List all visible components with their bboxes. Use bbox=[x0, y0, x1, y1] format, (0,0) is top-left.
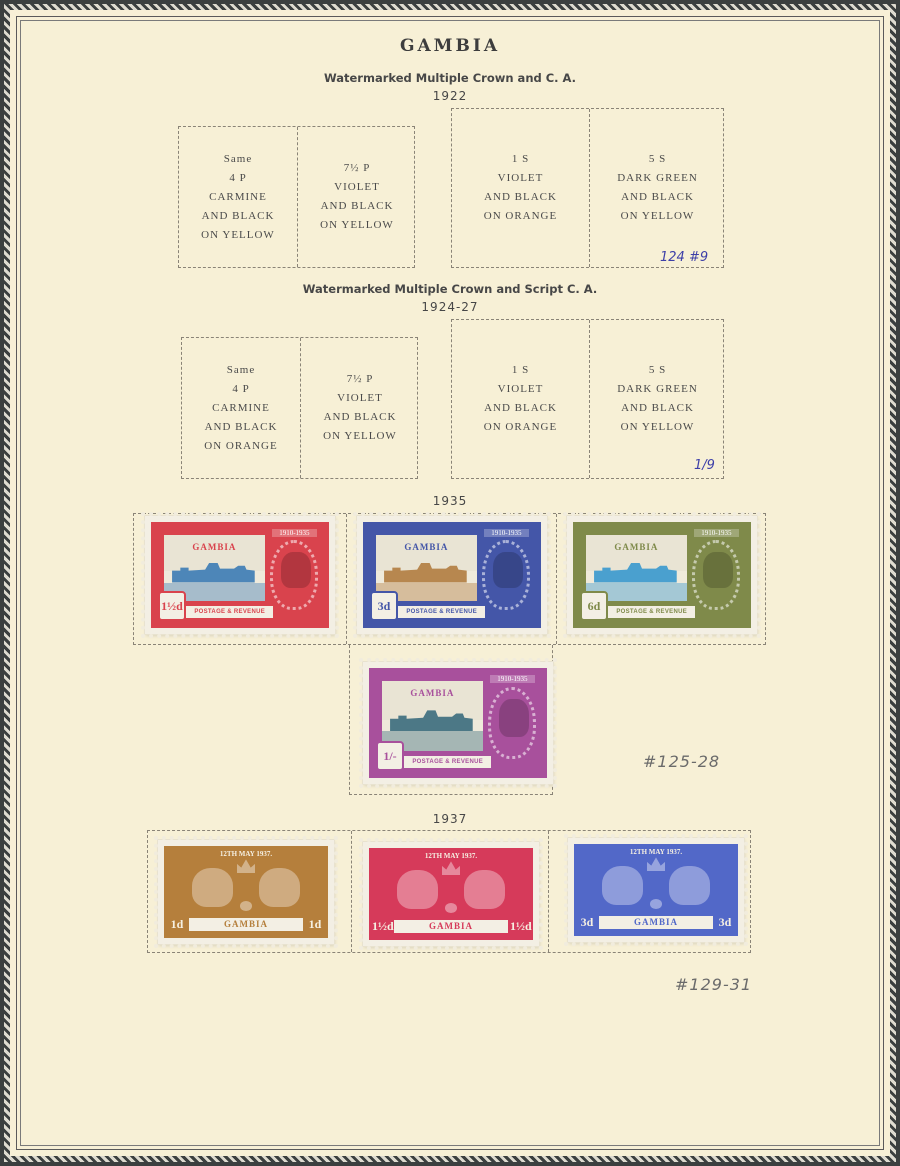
jubilee-dates: 1910-1935 bbox=[490, 675, 535, 683]
king-portrait bbox=[464, 870, 505, 910]
country-name: GAMBIA bbox=[382, 688, 483, 698]
section-heading-1924: Watermarked Multiple Crown and Script C.… bbox=[0, 282, 900, 296]
stamp-description-line: VIOLET bbox=[337, 389, 383, 408]
stamp-description-line: AND BLACK bbox=[324, 408, 397, 427]
stamp-description-line: 7½ P bbox=[344, 159, 371, 178]
country-name: GAMBIA bbox=[586, 542, 687, 552]
coronation-date: 12TH MAY 1937. bbox=[372, 852, 530, 860]
crown-icon bbox=[647, 857, 666, 871]
stamp-description-line: 4 P bbox=[229, 169, 246, 188]
handwritten-catalog-note: #125-28 bbox=[643, 752, 720, 771]
section-year-1935: 1935 bbox=[0, 494, 900, 508]
face-value: 1d bbox=[167, 917, 187, 932]
jubilee-dates: 1910-1935 bbox=[484, 529, 529, 537]
king-portrait: 1910-1935 bbox=[265, 527, 324, 623]
king-portrait: 1910-1935 bbox=[477, 527, 536, 623]
stamp-description-line: ON ORANGE bbox=[484, 418, 557, 437]
country-name: GAMBIA bbox=[394, 920, 508, 933]
stamp-space-box-1924-left: Same4 PCARMINEAND BLACKON ORANGE 7½ PVIO… bbox=[181, 337, 418, 479]
coronation-date: 12TH MAY 1937. bbox=[167, 850, 325, 858]
stamp-description-line: CARMINE bbox=[209, 188, 267, 207]
face-value: 6d bbox=[580, 591, 608, 621]
stamp-description-line: DARK GREEN bbox=[617, 380, 698, 399]
crown-icon bbox=[237, 859, 256, 873]
stamp-description-line: AND BLACK bbox=[484, 188, 557, 207]
stamp-description-line: 4 P bbox=[232, 380, 249, 399]
stamp-description-line: AND BLACK bbox=[321, 197, 394, 216]
stamp-description-line: VIOLET bbox=[334, 178, 380, 197]
stamp-description-line: Same bbox=[227, 361, 255, 380]
handwritten-catalog-note: 1/9 bbox=[694, 458, 715, 473]
queen-portrait bbox=[192, 868, 233, 908]
king-portrait: 1910-1935 bbox=[687, 527, 746, 623]
country-name: GAMBIA bbox=[189, 918, 303, 931]
stamp-description-line: 7½ P bbox=[347, 370, 374, 389]
stamp-jubilee[interactable]: GAMBIA 1910-1935 1½d POSTAGE & REVENUE bbox=[145, 516, 335, 634]
orb-icon bbox=[650, 899, 663, 909]
stamp-coronation[interactable]: 12TH MAY 1937. GAMBIA 3d 3d bbox=[568, 838, 744, 942]
face-value: 1½d bbox=[158, 591, 186, 621]
orb-icon bbox=[240, 901, 253, 911]
coronation-date: 12TH MAY 1937. bbox=[577, 848, 735, 856]
stamp-description-line: ON YELLOW bbox=[323, 427, 397, 446]
stamp-description-line: CARMINE bbox=[212, 399, 270, 418]
stamp-description-line: AND BLACK bbox=[205, 418, 278, 437]
stamp-space-box-1922-left: Same4 PCARMINEAND BLACKON YELLOW 7½ PVIO… bbox=[178, 126, 415, 268]
postage-revenue-label: POSTAGE & REVENUE bbox=[608, 606, 695, 618]
crown-icon bbox=[442, 861, 461, 875]
postage-revenue-label: POSTAGE & REVENUE bbox=[186, 606, 273, 618]
stamp-description-line: AND BLACK bbox=[202, 207, 275, 226]
section-heading-1922: Watermarked Multiple Crown and C. A. bbox=[0, 71, 900, 85]
stamp-description-line: Same bbox=[224, 150, 252, 169]
country-name: GAMBIA bbox=[164, 542, 265, 552]
section-year-1937: 1937 bbox=[0, 812, 900, 826]
stamp-description-line: ON YELLOW bbox=[621, 418, 695, 437]
stamp-space-4p: Same4 PCARMINEAND BLACKON ORANGE bbox=[182, 338, 300, 478]
stamp-space-5s: 5 SDARK GREENAND BLACKON YELLOW bbox=[589, 320, 725, 478]
king-portrait bbox=[669, 866, 710, 906]
queen-portrait bbox=[602, 866, 643, 906]
stamp-coronation[interactable]: 12TH MAY 1937. GAMBIA 1½d 1½d bbox=[363, 842, 539, 946]
stamp-jubilee[interactable]: GAMBIA 1910-1935 3d POSTAGE & REVENUE bbox=[357, 516, 547, 634]
stamp-description-line: ON ORANGE bbox=[204, 437, 277, 456]
stamp-description-line: VIOLET bbox=[498, 169, 544, 188]
stamp-space-4p: Same4 PCARMINEAND BLACKON YELLOW bbox=[179, 127, 297, 267]
face-value: 1d bbox=[305, 917, 325, 932]
face-value: 3d bbox=[715, 915, 735, 930]
section-year-1922: 1922 bbox=[0, 89, 900, 103]
page-title: GAMBIA bbox=[0, 36, 900, 56]
country-name: GAMBIA bbox=[376, 542, 477, 552]
stamp-space-1s: 1 SVIOLETAND BLACKON ORANGE bbox=[452, 320, 589, 478]
stamp-description-line: 5 S bbox=[649, 150, 666, 169]
stamp-description-line: AND BLACK bbox=[621, 399, 694, 418]
queen-portrait bbox=[397, 870, 438, 910]
stamp-description-line: ON YELLOW bbox=[201, 226, 275, 245]
postage-revenue-label: POSTAGE & REVENUE bbox=[398, 606, 485, 618]
handwritten-catalog-note: #129-31 bbox=[675, 975, 752, 994]
stamp-space-5s: 5 SDARK GREENAND BLACKON YELLOW bbox=[589, 109, 725, 267]
stamp-space-1s: 1 SVIOLETAND BLACKON ORANGE bbox=[452, 109, 589, 267]
king-portrait: 1910-1935 bbox=[483, 673, 542, 773]
jubilee-dates: 1910-1935 bbox=[694, 529, 739, 537]
stamp-jubilee[interactable]: GAMBIA 1910-1935 6d POSTAGE & REVENUE bbox=[567, 516, 757, 634]
face-value: 1/- bbox=[376, 741, 404, 771]
stamp-description-line: 1 S bbox=[512, 150, 529, 169]
stamp-space-7-5p: 7½ PVIOLETAND BLACKON YELLOW bbox=[300, 338, 419, 478]
face-value: 3d bbox=[370, 591, 398, 621]
stamp-description-line: 1 S bbox=[512, 361, 529, 380]
jubilee-dates: 1910-1935 bbox=[272, 529, 317, 537]
stamp-description-line: VIOLET bbox=[498, 380, 544, 399]
stamp-description-line: AND BLACK bbox=[484, 399, 557, 418]
stamp-jubilee[interactable]: GAMBIA 1910-1935 1/- POSTAGE & REVENUE bbox=[363, 662, 553, 784]
stamp-coronation[interactable]: 12TH MAY 1937. GAMBIA 1d 1d bbox=[158, 840, 334, 944]
stamp-description-line: 5 S bbox=[649, 361, 666, 380]
stamp-space-box-1922-right: 1 SVIOLETAND BLACKON ORANGE 5 SDARK GREE… bbox=[451, 108, 724, 268]
stamp-description-line: ON YELLOW bbox=[621, 207, 695, 226]
postage-revenue-label: POSTAGE & REVENUE bbox=[404, 756, 491, 768]
face-value: 3d bbox=[577, 915, 597, 930]
stamp-description-line: ON ORANGE bbox=[484, 207, 557, 226]
orb-icon bbox=[445, 903, 458, 913]
stamp-space-box-1924-right: 1 SVIOLETAND BLACKON ORANGE 5 SDARK GREE… bbox=[451, 319, 724, 479]
face-value: 1½d bbox=[372, 919, 392, 934]
section-year-1924: 1924-27 bbox=[0, 300, 900, 314]
stamp-description-line: DARK GREEN bbox=[617, 169, 698, 188]
stamp-space-7-5p: 7½ PVIOLETAND BLACKON YELLOW bbox=[297, 127, 416, 267]
face-value: 1½d bbox=[510, 919, 530, 934]
king-portrait bbox=[259, 868, 300, 908]
stamp-description-line: ON YELLOW bbox=[320, 216, 394, 235]
handwritten-catalog-note: 124 #9 bbox=[660, 250, 708, 265]
country-name: GAMBIA bbox=[599, 916, 713, 929]
stamp-description-line: AND BLACK bbox=[621, 188, 694, 207]
